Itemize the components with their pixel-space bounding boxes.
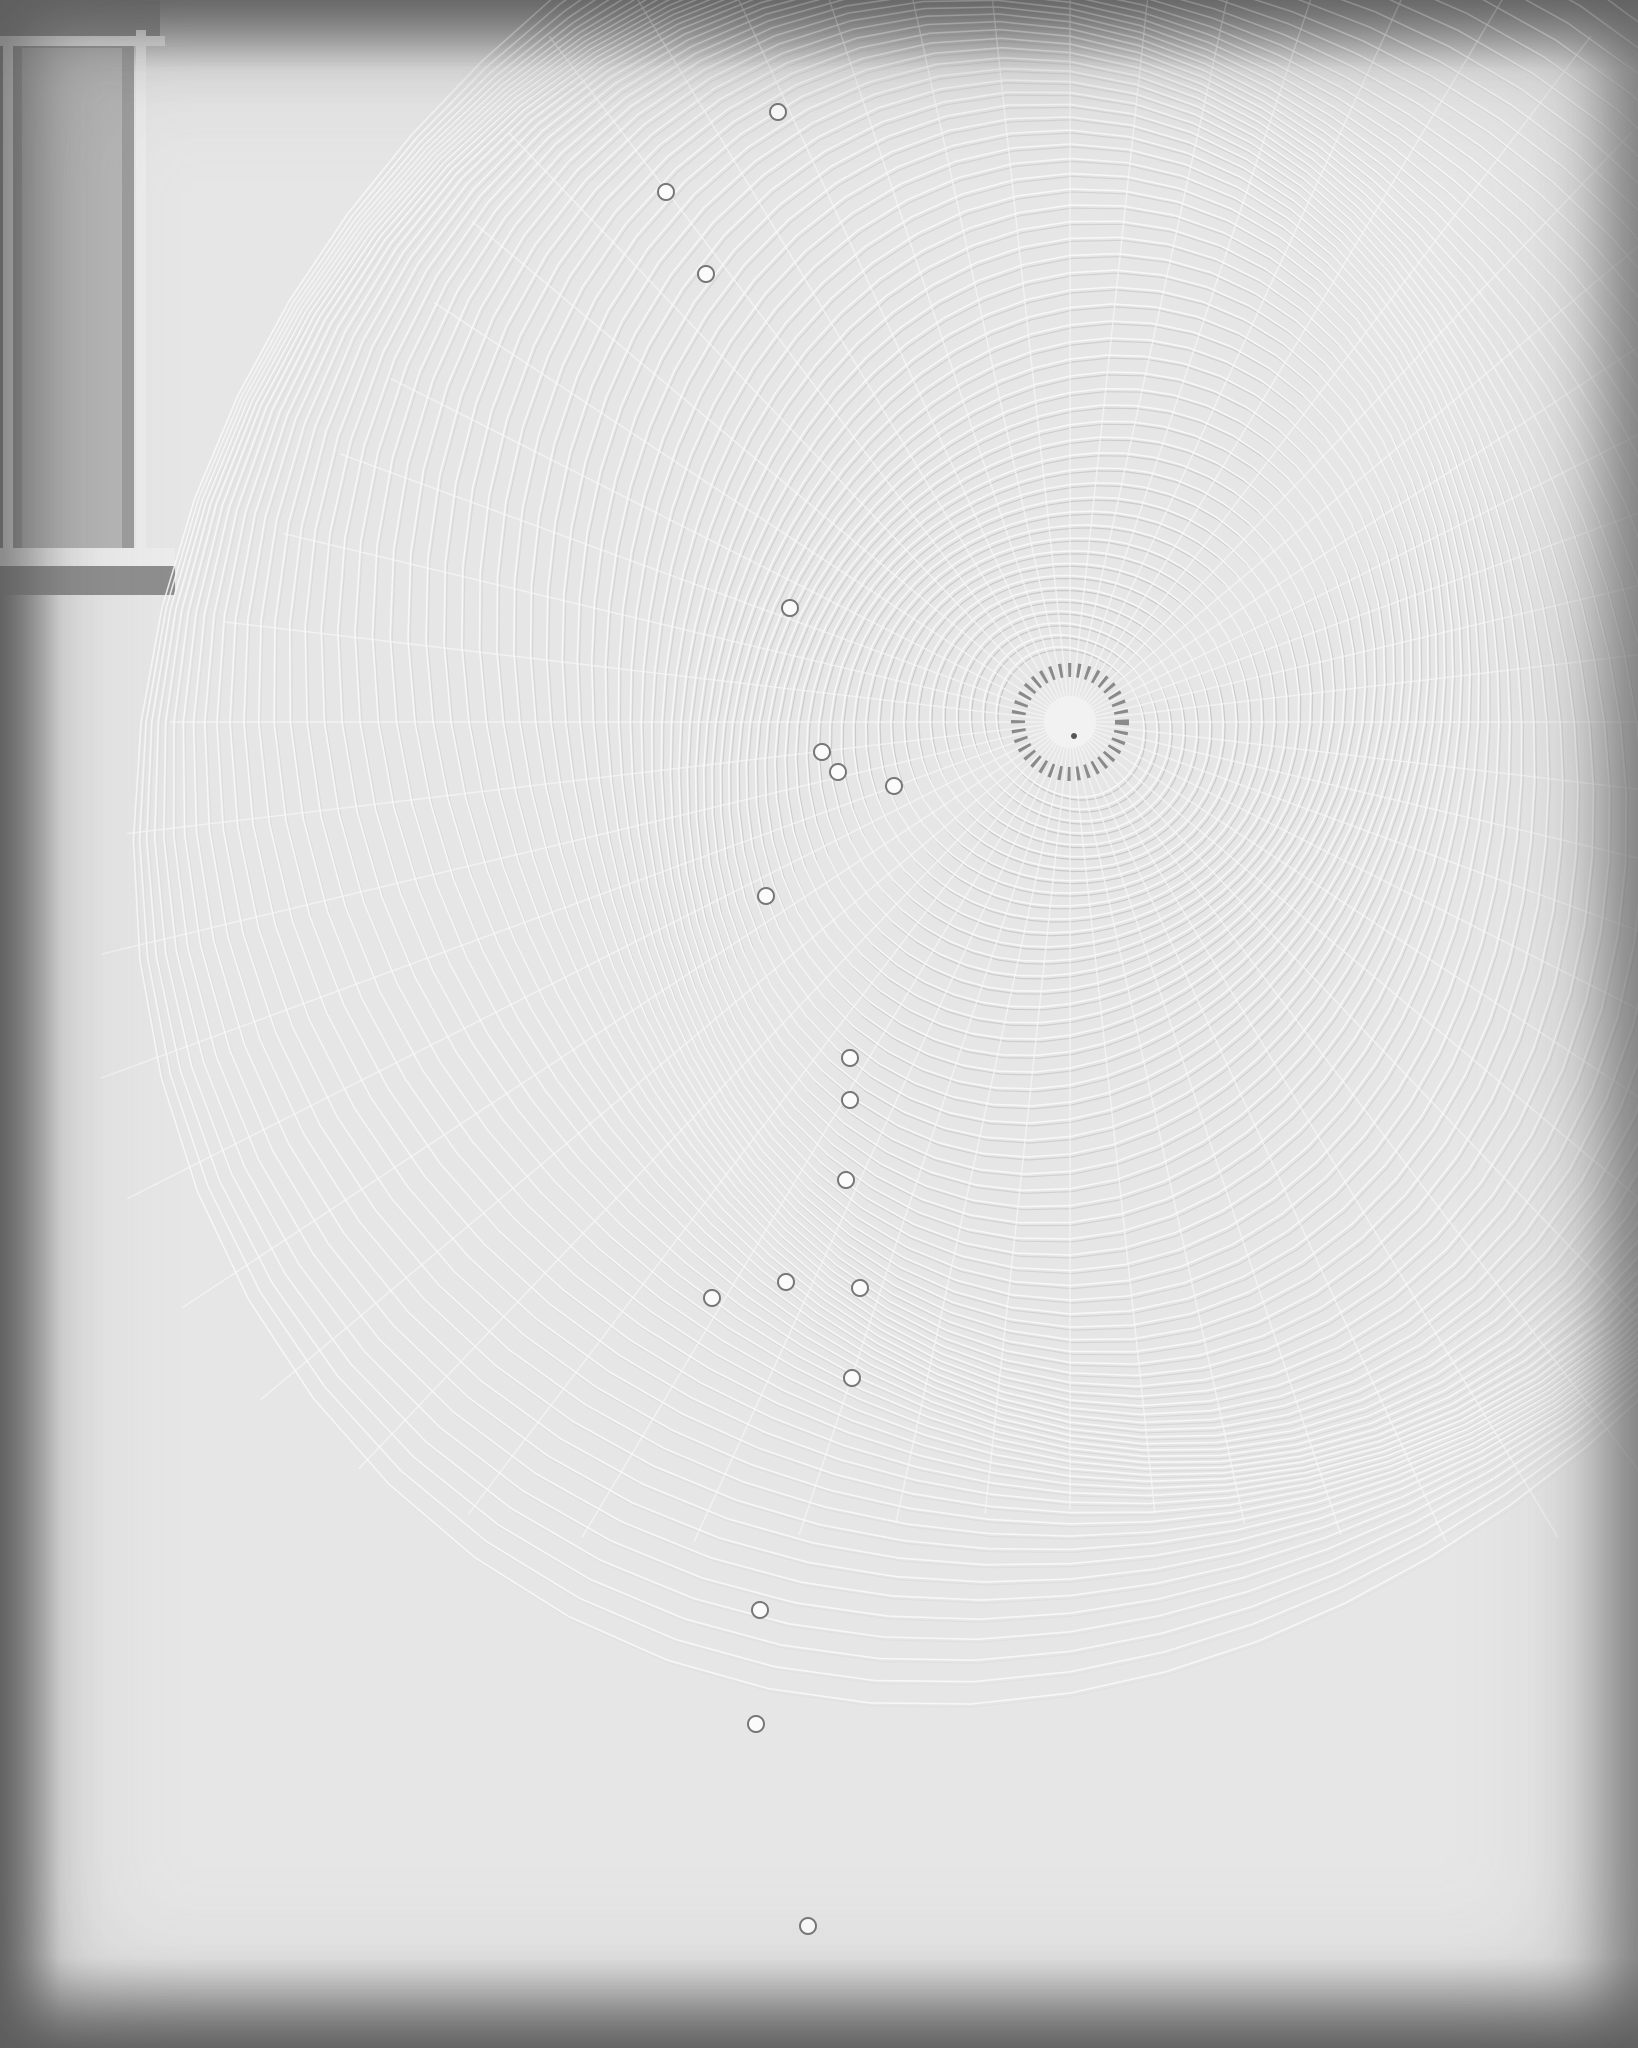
spider-web-photo — [0, 0, 1638, 2048]
frame-post — [0, 0, 175, 595]
web-spiral — [133, 0, 1638, 1707]
spiral-web — [0, 0, 1638, 2048]
